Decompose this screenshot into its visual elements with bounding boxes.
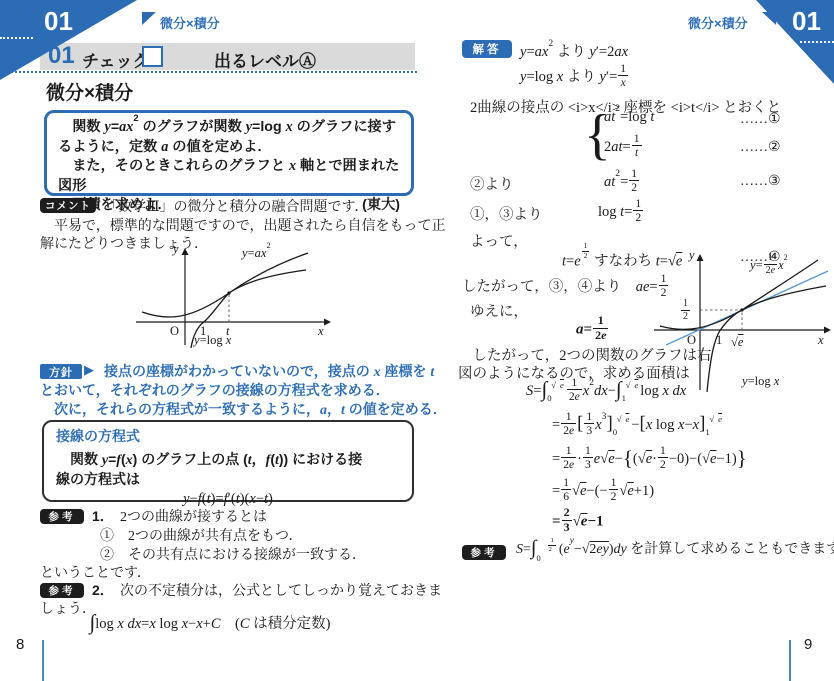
right-footer-rule (789, 640, 791, 681)
step-label: よって， (470, 230, 528, 251)
ref1-badge: 参考 (40, 509, 84, 524)
eq-annotation: ……① (740, 111, 781, 128)
ref1-head: 2つの曲線が接するとは (120, 506, 267, 526)
ref1-item: ② その共有点における接線が一致する． (100, 544, 366, 564)
tangent-point (740, 308, 743, 311)
lesson-title: 微分×積分 (46, 78, 133, 105)
ref2-badge: 参考 (40, 583, 84, 598)
y-axis-arrow-icon (182, 248, 189, 255)
policy-line: とおいて，それぞれのグラフの接線の方程式を求める． (40, 380, 390, 400)
problem-line: 関数 y=ax2 のグラフが関数 y=log x のグラフに接す (58, 118, 400, 138)
left-corner-marker-icon (142, 12, 156, 25)
problem-line: また，そのときこれらのグラフと x 軸とで囲まれた図形 (58, 157, 400, 196)
y-axis-arrow-icon (697, 254, 704, 261)
comment-line: 平易で，標準的な問題ですので，出題されたら自信をもって正 (40, 215, 445, 235)
tangent-box-body: 線の方程式は (56, 469, 400, 489)
right-graph-svg (650, 250, 834, 392)
graph-xlabel: x (818, 333, 824, 348)
eq-annotation: ……② (740, 139, 781, 156)
problem-line: るように，定数 a の値を定めよ． (58, 138, 400, 158)
tangent-box-title: 接線の方程式 (56, 426, 400, 446)
ref2-number: 2． (92, 580, 114, 600)
level-label: 出るレベルⒶ (214, 47, 316, 72)
parabola-curve (142, 253, 308, 317)
solution-badge: 解答 (462, 40, 512, 58)
left-footer-rule (42, 640, 44, 681)
eq-annotation: ……③ (740, 173, 781, 190)
area-eq: =12e[13x3]√e0−[x log x−x]√e1 (552, 412, 724, 440)
page-number-right: 9 (804, 636, 812, 653)
comment-line: 「数学Ⅲ」の微分と積分の融合問題です． (104, 196, 368, 216)
graph-origin-label: O (170, 324, 179, 339)
left-corner-dotted-line (0, 37, 33, 39)
ref1-item: ① 2つの曲線が共有点をもつ． (100, 525, 302, 545)
check-checkbox (142, 46, 163, 67)
result-a: a=12e (576, 316, 609, 345)
graph-curve-label-parabola: y=ax2 (242, 246, 271, 261)
graph-half-label: 12 (680, 300, 691, 324)
right-ref-badge: 参考 (462, 545, 506, 560)
x-axis-arrow-icon (324, 319, 331, 326)
ref2-formula: ∫log x dx=x log x−x+C (C は積分定数) (60, 612, 360, 635)
ref1-number: 1． (92, 506, 114, 526)
ref2-line: 次の不定積分は，公式としてしっかり覚えておきま (120, 580, 442, 600)
page-number-left: 8 (16, 636, 24, 653)
comment-badge: コメント (40, 198, 96, 213)
tangent-point (227, 291, 230, 294)
problem-box: 関数 y=ax2 のグラフが関数 y=log x のグラフに接す るように，定数… (44, 110, 414, 196)
system-eq-1: at2=log t (604, 109, 654, 126)
left-header-dotted-separator (0, 71, 417, 73)
x-axis-arrow-icon (824, 327, 831, 334)
ref1-tail: ということです． (40, 562, 151, 582)
tangent-box-body: 関数 y=f(x) のグラフ上の点 (t，f(t)) における接 (56, 449, 400, 469)
check-bar-label: チェック (82, 47, 150, 72)
solution-line: y=ax2 より y′=2ax (520, 40, 628, 61)
step-label: ②より (470, 173, 514, 194)
step-label: ゆえに， (470, 300, 528, 321)
graph-ylabel: y (173, 242, 179, 257)
tangent-formula-box: 接線の方程式 関数 y=f(x) のグラフ上の点 (t，f(t)) における接 … (42, 420, 414, 502)
graph-ylabel: y (689, 248, 695, 263)
step-eq: log t=12 (598, 199, 644, 227)
area-eq: =16√e−(−12√e+1) (552, 478, 654, 506)
step-label: ①，③より (470, 203, 543, 224)
left-corner-number: 01 (44, 6, 73, 37)
policy-badge: 方針 (40, 364, 82, 379)
right-graph: y y=12ex2 12 O 1 √e x y=log x (650, 250, 834, 392)
textbook-spread: 01 微分×積分 01 チェック 出るレベルⒶ 微分×積分 関数 y=ax2 の… (0, 0, 834, 681)
graph-origin-label: O (687, 333, 696, 348)
graph-curve-label-parabola: y=12ex2 (750, 254, 788, 278)
graph-xlabel: x (318, 324, 324, 339)
right-corner-dotted-line (800, 41, 834, 43)
right-header-title: 微分×積分 (688, 13, 748, 32)
left-graph-svg (128, 246, 336, 350)
area-result: =23√e−1 (552, 508, 604, 537)
graph-tick-sqrt-e: √e (731, 335, 743, 350)
check-bar-number: 01 (48, 42, 75, 70)
graph-curve-label-log: y=log x (194, 333, 231, 348)
area-eq: =12e·13e√e−{(√e·12−0)−(√e−1)} (552, 446, 747, 474)
graph-curve-label-log: y=log x (742, 374, 779, 389)
graph-tick-1: 1 (716, 333, 722, 348)
left-graph: y y=ax2 O 1 t x y=log x (128, 246, 336, 350)
policy-line: 接点の座標がわかっていないので，接点の x 座標を t (104, 361, 434, 381)
step-line: したがって，③，④より ae=12 (462, 274, 669, 302)
policy-arrow-icon: ▶ (84, 362, 94, 378)
system-eq-2: 2at=1t (604, 134, 643, 162)
right-corner-number: 01 (792, 6, 821, 37)
solution-line: y=log x より y′=1x (520, 64, 629, 92)
policy-line: 次に，それらの方程式が一致するように，a，t の値を定める． (40, 399, 447, 419)
left-header-title: 微分×積分 (160, 13, 220, 32)
step-eq: at2=12 (604, 169, 640, 197)
right-ref-body: S=∫120(ey−√2ey)dy を計算して求めることもできます． (516, 538, 834, 561)
